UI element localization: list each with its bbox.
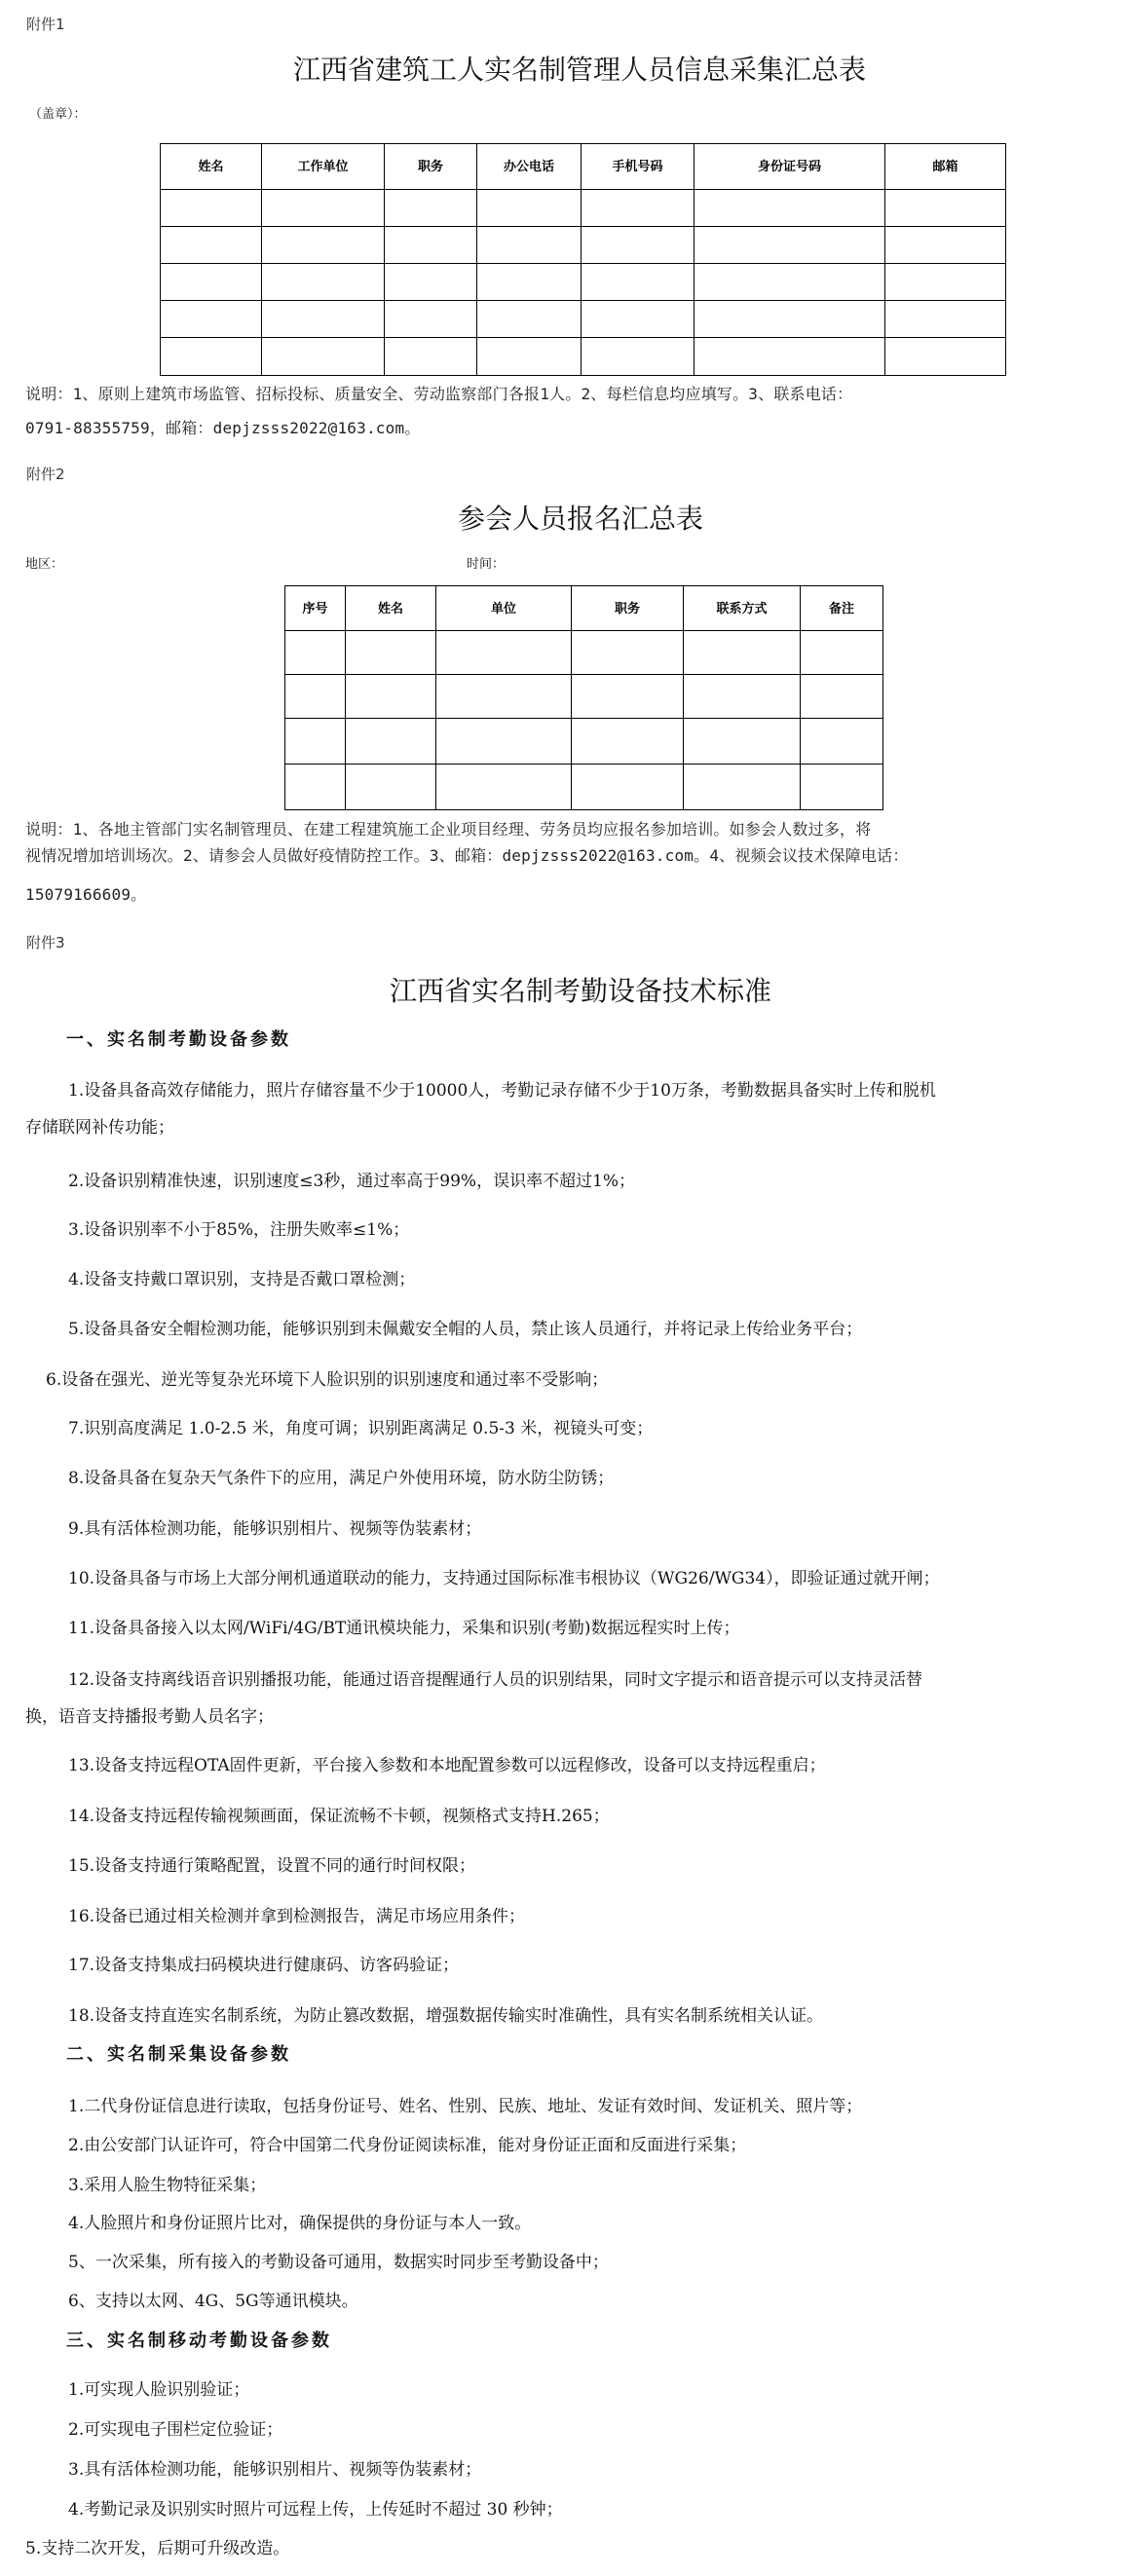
header-unit: 单位: [436, 586, 572, 631]
table-cell: [582, 301, 694, 338]
table-cell: [161, 190, 262, 227]
table-row: [285, 765, 883, 810]
list-item: 2.由公安部门认证许可，符合中国第二代身份证阅读标准，能对身份证正面和反面进行采…: [68, 2134, 746, 2157]
table-cell: [385, 338, 477, 376]
table-cell: [694, 190, 885, 227]
table-cell: [582, 338, 694, 376]
header-contact: 联系方式: [684, 586, 801, 631]
table-cell: [346, 719, 436, 765]
table-cell: [684, 765, 801, 810]
attendee-registration-table: 序号 姓名 单位 职务 联系方式 备注: [284, 585, 883, 810]
table-cell: [262, 227, 385, 264]
attachment-3-label: 附件3: [26, 933, 65, 952]
attachment-1-label: 附件1: [26, 15, 65, 34]
list-item: 12.设备支持离线语音识别播报功能，能通过语音提醒通行人员的识别结果，同时文字提…: [68, 1668, 922, 1692]
table-row: [285, 675, 883, 719]
table-cell: [161, 264, 262, 301]
list-item: 8.设备具备在复杂天气条件下的应用，满足户外使用环境，防水防尘防锈；: [68, 1467, 614, 1490]
table-cell: [477, 338, 582, 376]
table-cell: [346, 631, 436, 675]
header-mobile: 手机号码: [582, 144, 694, 190]
table-cell: [801, 675, 883, 719]
table-cell: [385, 190, 477, 227]
list-item: 6、支持以太网、4G、5G等通讯模块。: [68, 2290, 358, 2313]
table-header-row: 序号 姓名 单位 职务 联系方式 备注: [285, 586, 883, 631]
table-cell: [694, 264, 885, 301]
attachment-1-title: 江西省建筑工人实名制管理人员信息采集汇总表: [0, 53, 1126, 88]
table-cell: [262, 301, 385, 338]
table-cell: [436, 631, 572, 675]
table-cell: [346, 675, 436, 719]
table-cell: [582, 264, 694, 301]
attachment-2-note-line: 视情况增加培训场次。2、请参会人员做好疫情防控工作。3、邮箱：depjzsss2…: [25, 846, 909, 866]
table-cell: [262, 190, 385, 227]
table-cell: [684, 675, 801, 719]
header-position: 职务: [385, 144, 477, 190]
table-cell: [161, 227, 262, 264]
table-row: [161, 190, 1006, 227]
list-item: 4.考勤记录及识别实时照片可远程上传，上传延时不超过 30 秒钟；: [68, 2498, 563, 2521]
attachment-2-title: 参会人员报名汇总表: [0, 502, 1126, 537]
table-cell: [262, 264, 385, 301]
table-row: [285, 631, 883, 675]
list-item: 5、一次采集，所有接入的考勤设备可通用，数据实时同步至考勤设备中；: [68, 2251, 609, 2274]
section-heading: 一、实名制考勤设备参数: [66, 1028, 291, 1052]
header-work-unit: 工作单位: [262, 144, 385, 190]
attachment-1-note-line: 0791-88355759，邮箱：depjzsss2022@163.com。: [25, 419, 420, 438]
table-cell: [885, 301, 1006, 338]
list-item: 1.二代身份证信息进行读取，包括身份证号、姓名、性别、民族、地址、发证有效时间、…: [68, 2095, 862, 2118]
table-row: [285, 719, 883, 765]
header-name: 姓名: [346, 586, 436, 631]
header-remarks: 备注: [801, 586, 883, 631]
attachment-3-title: 江西省实名制考勤设备技术标准: [0, 974, 1126, 1009]
header-office-phone: 办公电话: [477, 144, 582, 190]
list-item: 15.设备支持通行策略配置，设置不同的通行时间权限；: [68, 1854, 475, 1878]
list-item: 16.设备已通过相关检测并拿到检测报告，满足市场应用条件；: [68, 1905, 525, 1928]
table-cell: [262, 338, 385, 376]
table-cell: [436, 675, 572, 719]
table-cell: [161, 338, 262, 376]
table-row: [161, 264, 1006, 301]
table-row: [161, 338, 1006, 376]
table-cell: [572, 719, 684, 765]
table-cell: [572, 631, 684, 675]
list-item: 9.具有活体检测功能，能够识别相片、视频等伪装素材；: [68, 1517, 481, 1541]
table-row: [161, 227, 1006, 264]
table-row: [161, 301, 1006, 338]
personnel-info-table: 姓名 工作单位 职务 办公电话 手机号码 身份证号码 邮箱: [160, 143, 1006, 376]
attachment-2-note-line: 说明：1、各地主管部门实名制管理员、在建工程建筑施工企业项目经理、劳务员均应报名…: [25, 820, 871, 840]
list-item: 7.识别高度满足 1.0-2.5 米，角度可调；识别距离满足 0.5-3 米，视…: [68, 1417, 653, 1440]
table-cell: [385, 264, 477, 301]
table-cell: [684, 631, 801, 675]
list-item: 2.设备识别精准快速，识别速度≤3秒，通过率高于99%，误识率不超过1%；: [68, 1170, 635, 1193]
table-cell: [801, 631, 883, 675]
table-cell: [801, 719, 883, 765]
table-cell: [572, 765, 684, 810]
table-cell: [285, 719, 346, 765]
list-item: 6.设备在强光、逆光等复杂光环境下人脸识别的识别速度和通过率不受影响；: [46, 1368, 608, 1392]
section-heading: 二、实名制采集设备参数: [66, 2043, 291, 2067]
list-item: 3.具有活体检测功能，能够识别相片、视频等伪装素材；: [68, 2458, 481, 2482]
list-item: 17.设备支持集成扫码模块进行健康码、访客码验证；: [68, 1954, 459, 1977]
table-cell: [694, 338, 885, 376]
header-serial-number: 序号: [285, 586, 346, 631]
table-header-row: 姓名 工作单位 职务 办公电话 手机号码 身份证号码 邮箱: [161, 144, 1006, 190]
attachment-2-note-line: 15079166609。: [25, 885, 146, 905]
list-item: 10.设备具备与市场上大部分闸机通道联动的能力，支持通过国际标准韦根协议（WG2…: [68, 1567, 940, 1590]
attachment-1-note-line: 说明：1、原则上建筑市场监管、招标投标、质量安全、劳动监察部门各报1人。2、每栏…: [25, 385, 852, 404]
list-item: 18.设备支持直连实名制系统，为防止篡改数据，增强数据传输实时准确性，具有实名制…: [68, 2004, 823, 2028]
table-cell: [285, 765, 346, 810]
table-cell: [684, 719, 801, 765]
table-cell: [694, 227, 885, 264]
table-cell: [436, 719, 572, 765]
header-email: 邮箱: [885, 144, 1006, 190]
list-item: 14.设备支持远程传输视频画面，保证流畅不卡顿，视频格式支持H.265；: [68, 1805, 610, 1828]
list-item: 1.设备具备高效存储能力，照片存储容量不少于10000人，考勤记录存储不少于10…: [68, 1079, 936, 1102]
list-item: 13.设备支持远程OTA固件更新，平台接入参数和本地配置参数可以远程修改，设备可…: [68, 1754, 826, 1777]
table-cell: [285, 631, 346, 675]
list-item: 3.设备识别率不小于85%，注册失败率≤1%；: [68, 1218, 409, 1242]
table-cell: [346, 765, 436, 810]
table-cell: [885, 227, 1006, 264]
table-cell: [885, 338, 1006, 376]
table-cell: [582, 227, 694, 264]
table-cell: [477, 227, 582, 264]
list-item: 4.人脸照片和身份证照片比对，确保提供的身份证与本人一致。: [68, 2212, 531, 2235]
table-cell: [436, 765, 572, 810]
list-item: 2.可实现电子围栏定位验证；: [68, 2418, 282, 2442]
region-label: 地区：: [25, 556, 63, 574]
list-item: 1.可实现人脸识别验证；: [68, 2378, 249, 2402]
attachment-2-label: 附件2: [26, 465, 65, 484]
table-cell: [477, 190, 582, 227]
table-cell: [885, 190, 1006, 227]
table-cell: [477, 301, 582, 338]
table-cell: [385, 227, 477, 264]
list-item: 11.设备具备接入以太网/WiFi/4G/BT通讯模块能力，采集和识别(考勤)数…: [68, 1617, 740, 1640]
table-cell: [477, 264, 582, 301]
table-cell: [582, 190, 694, 227]
table-cell: [385, 301, 477, 338]
list-item: 4.设备支持戴口罩识别，支持是否戴口罩检测；: [68, 1268, 415, 1291]
list-item: 3.采用人脸生物特征采集；: [68, 2174, 266, 2197]
header-position: 职务: [572, 586, 684, 631]
stamp-label: （盖章）：: [29, 106, 87, 124]
section-heading: 三、实名制移动考勤设备参数: [66, 2330, 332, 2353]
list-item-continuation: 存储联网补传功能；: [25, 1116, 174, 1139]
table-cell: [694, 301, 885, 338]
header-id-number: 身份证号码: [694, 144, 885, 190]
time-label: 时间：: [467, 556, 505, 574]
list-item-continuation: 换，语音支持播报考勤人员名字；: [25, 1705, 274, 1729]
table-cell: [285, 675, 346, 719]
table-cell: [801, 765, 883, 810]
list-item: 5.支持二次开发，后期可升级改造。: [25, 2537, 289, 2560]
table-cell: [885, 264, 1006, 301]
header-name: 姓名: [161, 144, 262, 190]
list-item: 5.设备具备安全帽检测功能，能够识别到未佩戴安全帽的人员，禁止该人员通行，并将记…: [68, 1318, 862, 1341]
table-cell: [572, 675, 684, 719]
table-cell: [161, 301, 262, 338]
